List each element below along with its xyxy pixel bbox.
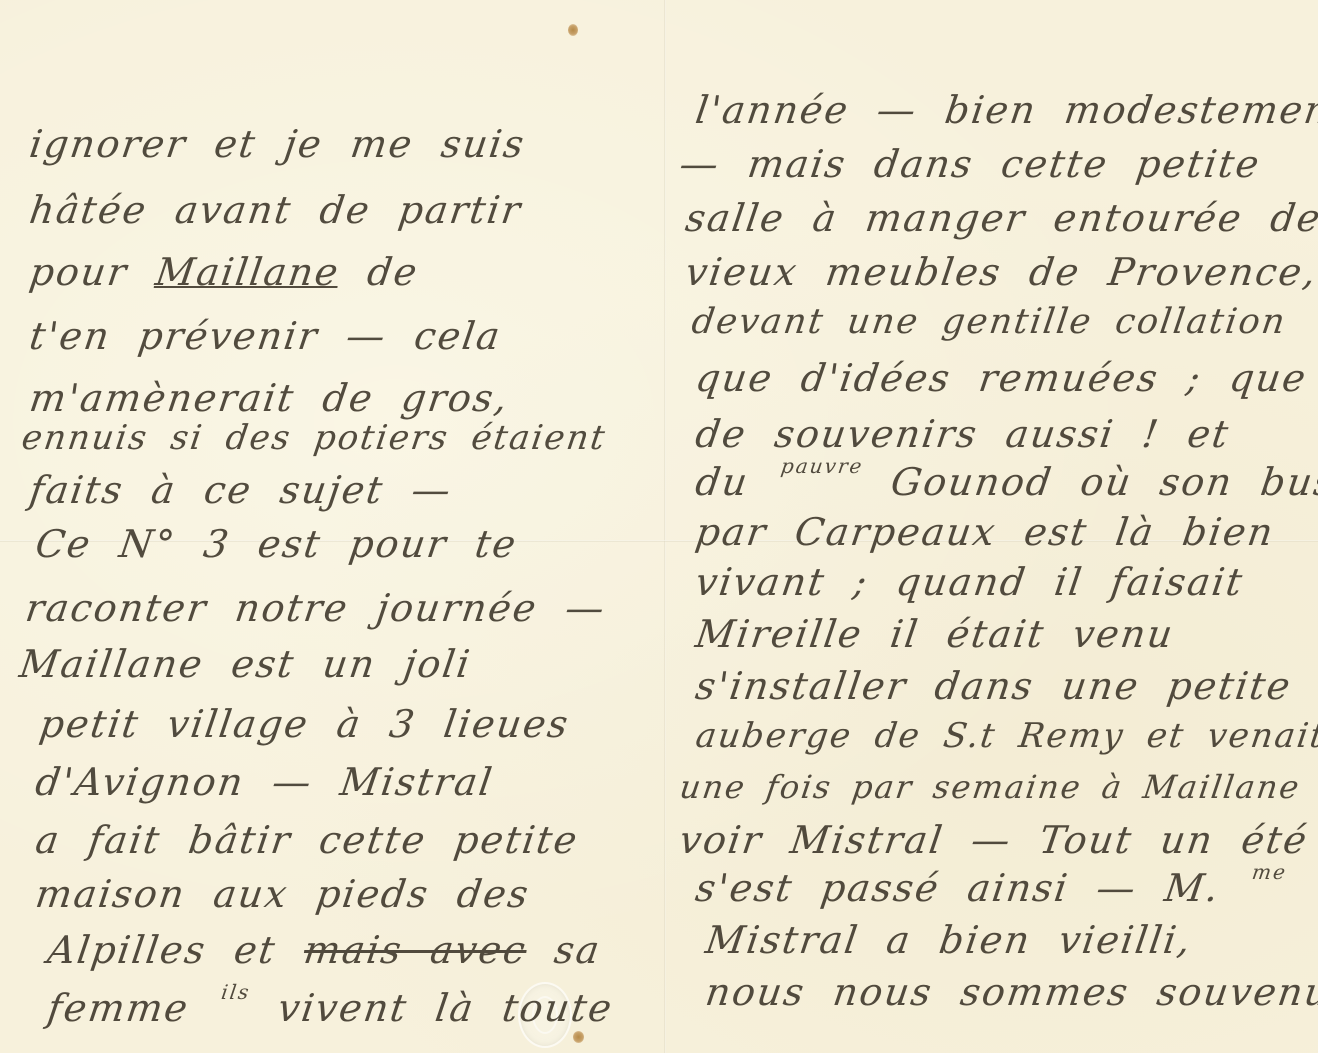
handwritten-word: du	[693, 460, 752, 504]
handwritten-line: Maillane est un joli	[17, 642, 474, 686]
letter-scan: ignorer et je me suis hâtée avant de par…	[0, 0, 1318, 1053]
handwritten-line: nous nous sommes souvenus	[703, 970, 1318, 1014]
vertical-fold-line	[664, 0, 666, 1053]
handwritten-line: hâtée avant de partir	[27, 188, 525, 232]
handwritten-line: petit village à 3 lieues	[37, 702, 572, 746]
handwritten-line: de souvenirs aussi ! et	[693, 412, 1233, 456]
handwritten-line: devant une gentille collation	[689, 302, 1289, 342]
handwritten-line: ignorer et je me suis	[27, 122, 528, 166]
ink-spot-top	[568, 24, 578, 36]
handwritten-line: — mais dans cette petite	[677, 142, 1264, 186]
handwritten-word: s'est passé ainsi — M.	[693, 866, 1223, 910]
handwritten-line: voir Mistral — Tout un été	[677, 818, 1311, 862]
handwritten-line: par Carpeaux est là bien	[693, 510, 1277, 554]
handwritten-line: d'Avignon — Mistral	[33, 760, 497, 804]
handwritten-line: m'amènerait de gros,	[27, 376, 512, 420]
handwritten-line: vivant ; quand il faisait	[693, 560, 1247, 604]
handwritten-line: Ce N° 3 est pour te	[33, 522, 520, 566]
handwritten-line: une fois par semaine à Maillane	[677, 768, 1303, 806]
handwritten-line: s'installer dans une petite	[693, 664, 1295, 708]
underlined-place-name: Maillane	[153, 250, 343, 294]
handwritten-word: vivent là toute	[275, 986, 616, 1030]
handwritten-line: faits à ce sujet —	[27, 468, 455, 512]
handwritten-line: pour Maillane de	[27, 250, 422, 294]
handwritten-line: vieux meubles de Provence,	[683, 250, 1318, 294]
handwritten-line: femme ils vivent là toute	[45, 986, 616, 1030]
handwritten-line: l'année — bien modestement,	[693, 88, 1318, 132]
handwritten-line: salle à manger entourée de	[683, 196, 1318, 240]
handwritten-line: Mireille il était venu	[693, 612, 1177, 656]
handwritten-word: de	[365, 250, 422, 294]
handwritten-line: maison aux pieds des	[33, 872, 533, 916]
handwritten-word: Alpilles et	[45, 928, 279, 972]
struck-out-word: mais avec	[301, 928, 530, 972]
handwritten-line: du pauvre Gounod où son buste	[693, 460, 1318, 504]
handwritten-line: Mistral a bien vieilli,	[703, 918, 1195, 962]
handwritten-word: femme	[45, 986, 192, 1030]
inserted-word: ils	[220, 980, 252, 1004]
handwritten-line: raconter notre journée —	[23, 586, 609, 630]
handwritten-word: sa	[552, 928, 604, 972]
handwritten-line: a fait bâtir cette petite	[33, 818, 582, 862]
handwritten-line: que d'idées remuées ; que	[693, 356, 1310, 400]
handwritten-line: t'en prévenir — cela	[27, 314, 504, 358]
superscript-abbrev: me	[1251, 860, 1289, 884]
handwritten-line: ennuis si des potiers étaient	[19, 418, 609, 458]
handwritten-line: s'est passé ainsi — M. me	[693, 866, 1290, 910]
handwritten-word: Gounod où son buste	[888, 460, 1318, 504]
handwritten-line: auberge de S.t Remy et venait	[693, 716, 1318, 756]
handwritten-word: pour	[27, 250, 131, 294]
ink-spot-bottom	[573, 1031, 584, 1043]
handwritten-line: Alpilles et mais avec sa	[45, 928, 604, 972]
inserted-word: pauvre	[779, 454, 865, 478]
